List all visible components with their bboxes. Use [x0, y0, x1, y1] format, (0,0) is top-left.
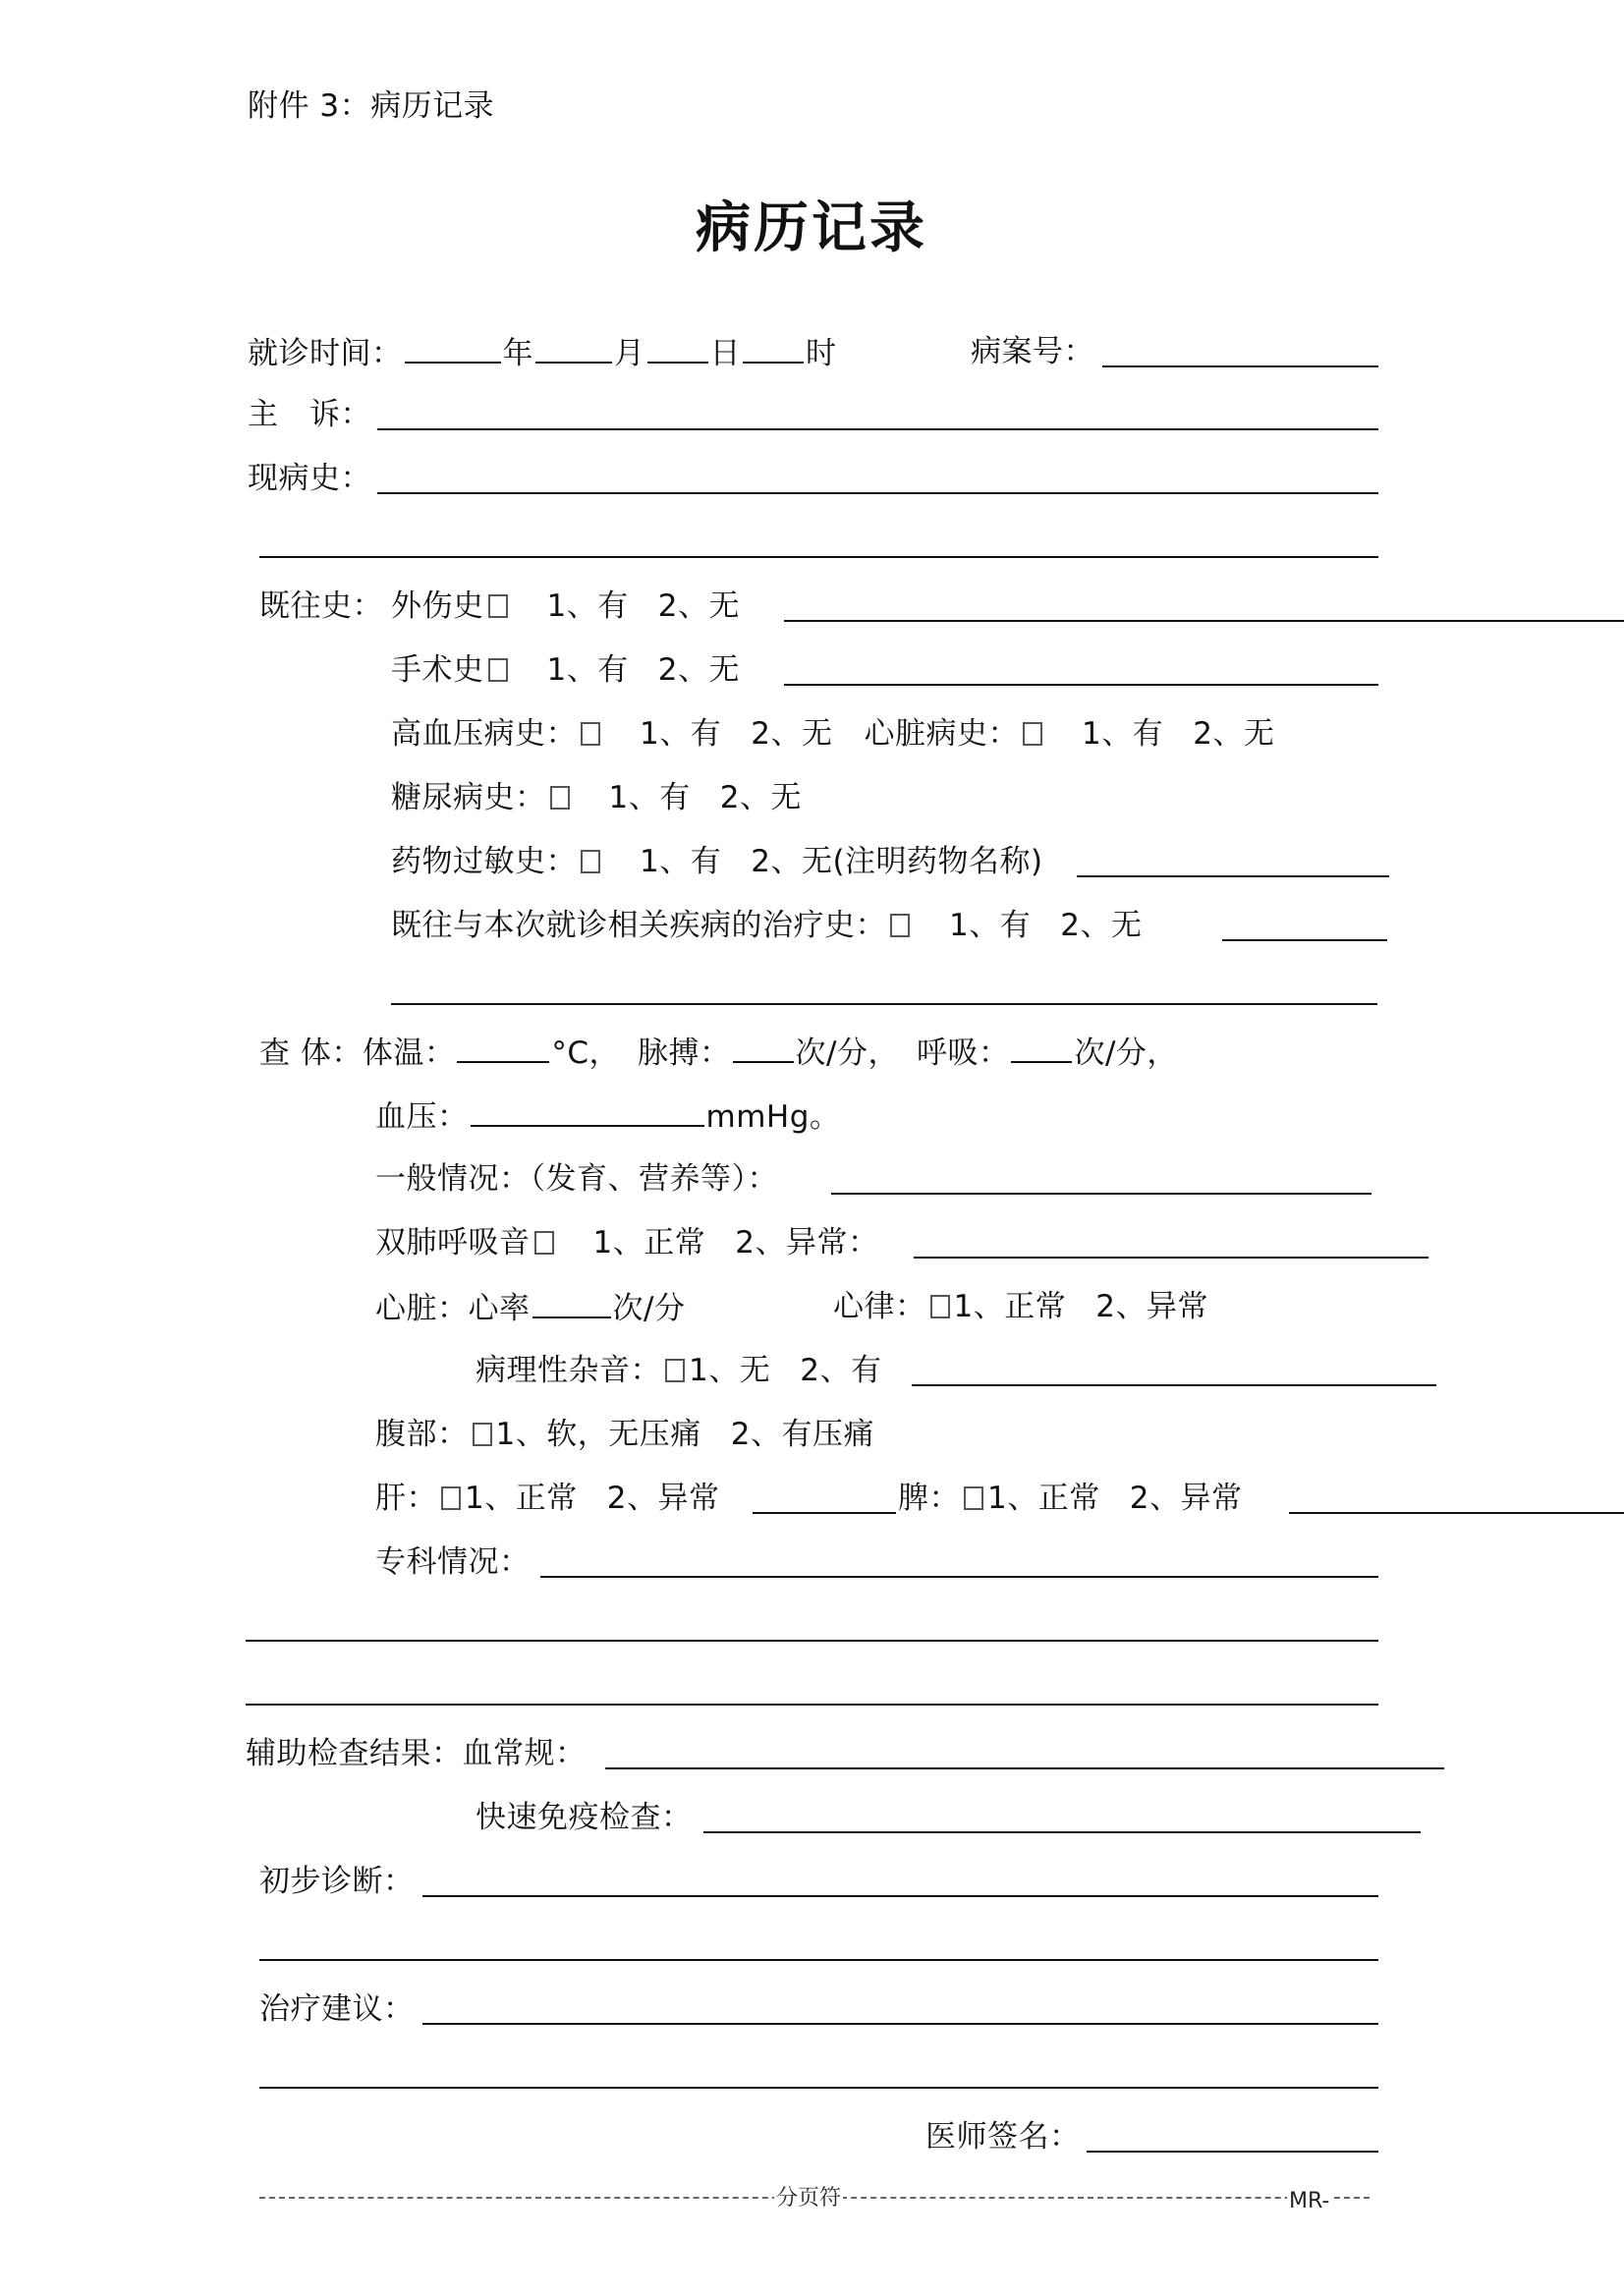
hypertension-label: 高血压病史： [391, 716, 577, 752]
pulse-field[interactable] [733, 1032, 794, 1063]
surgery-checkbox[interactable] [488, 658, 508, 682]
related-history-row: 既往与本次就诊相关疾病的治疗史：1、有2、无 [391, 906, 1142, 945]
signature-field[interactable] [1087, 2151, 1378, 2153]
chief-complaint-label: 主 诉： [248, 395, 371, 434]
spleen-label: 脾： [898, 1481, 960, 1516]
bp-label: 血压： [375, 1099, 469, 1135]
spleen-field[interactable] [1289, 1512, 1624, 1514]
trauma-label: 外伤史 [391, 588, 484, 624]
lungs-row: 双肺呼吸音1、正常2、异常： [375, 1223, 878, 1262]
hypertension-checkbox[interactable] [581, 722, 600, 746]
hypertension-heart-row: 高血压病史：1、有2、无心脏病史：1、有2、无 [391, 714, 1274, 754]
abdomen-row: 腹部：1、软，无压痛2、有压痛 [375, 1415, 874, 1454]
day-label: 日 [710, 336, 742, 371]
lungs-field[interactable] [914, 1257, 1428, 1259]
day-field[interactable] [647, 332, 708, 364]
aux-label: 辅助检查结果： [246, 1736, 463, 1771]
spleen-checkbox[interactable] [964, 1486, 983, 1510]
resp-label: 呼吸： [917, 1036, 1010, 1071]
heart-rate-field[interactable] [532, 1287, 611, 1318]
related-history-field[interactable] [1222, 939, 1387, 941]
record-no-field[interactable] [1102, 365, 1378, 367]
pulse-label: 脉搏： [638, 1036, 731, 1071]
option-yes: 1、有 [1082, 716, 1163, 752]
allergy-field[interactable] [1077, 875, 1389, 877]
blood-routine-field[interactable] [605, 1767, 1444, 1769]
option-yes: 1、有 [949, 908, 1031, 943]
treatment-field-2[interactable] [259, 2087, 1378, 2089]
general-label: 一般情况：（发育、营养等）： [375, 1159, 778, 1199]
heart-disease-label: 心脏病史： [864, 716, 1019, 752]
pulse-unit: 次/分， [796, 1036, 899, 1071]
hour-field[interactable] [743, 332, 804, 364]
year-field[interactable] [405, 332, 501, 364]
trauma-row: 外伤史1、有2、无 [391, 587, 740, 626]
option-no: 1、无 [689, 1353, 770, 1388]
temp-field[interactable] [457, 1032, 549, 1063]
option-yes: 2、有 [800, 1353, 881, 1388]
diabetes-row: 糖尿病史：1、有2、无 [391, 778, 802, 817]
treatment-field[interactable] [422, 2023, 1378, 2025]
diabetes-label: 糖尿病史： [391, 780, 546, 815]
record-no-label: 病案号： [971, 332, 1094, 371]
option-no: 2、无 [658, 588, 740, 624]
signature-label: 医师签名： [925, 2117, 1081, 2156]
related-history-checkbox[interactable] [890, 914, 910, 937]
option-abnormal: 2、异常： [735, 1225, 878, 1260]
option-no: 2、无 [1193, 716, 1274, 752]
heart-disease-checkbox[interactable] [1023, 722, 1042, 746]
specialty-field-3[interactable] [246, 1704, 1378, 1706]
heart-rate-unit: 次/分 [613, 1291, 686, 1326]
mr-mark: MR- [1287, 2189, 1331, 2213]
rapid-immune-field[interactable] [703, 1831, 1421, 1833]
related-history-label: 既往与本次就诊相关疾病的治疗史： [391, 908, 886, 943]
option-yes: 1、有 [547, 652, 629, 688]
surgery-label: 手术史 [391, 652, 484, 688]
lungs-label: 双肺呼吸音 [375, 1225, 531, 1260]
bp-field[interactable] [471, 1095, 704, 1127]
present-illness-label: 现病史： [248, 459, 371, 498]
allergy-checkbox[interactable] [581, 850, 600, 873]
visit-time-row: 就诊时间：年月日时 [248, 332, 837, 373]
present-illness-field[interactable] [377, 492, 1378, 494]
option-yes: 1、有 [640, 716, 721, 752]
specialty-field-2[interactable] [246, 1640, 1378, 1642]
abdomen-checkbox[interactable] [473, 1423, 492, 1446]
specialty-label: 专科情况： [375, 1542, 531, 1582]
option-soft: 1、软，无压痛 [496, 1417, 701, 1452]
murmur-label: 病理性杂音： [476, 1353, 661, 1388]
liver-row: 肝：1、正常2、异常 [375, 1479, 719, 1518]
option-normal: 1、正常 [593, 1225, 706, 1260]
past-history-label: 既往史： [259, 587, 383, 626]
general-field[interactable] [831, 1193, 1372, 1195]
trauma-checkbox[interactable] [488, 594, 508, 618]
temp-unit: °C， [551, 1036, 620, 1071]
diabetes-checkbox[interactable] [550, 786, 570, 810]
rhythm-checkbox[interactable] [930, 1295, 950, 1318]
allergy-note: 2、无(注明药物名称) [751, 844, 1042, 879]
blood-routine-label: 血常规： [463, 1736, 587, 1771]
option-no: 2、无 [658, 652, 740, 688]
option-no: 2、无 [751, 716, 832, 752]
page-break-label: 分页符 [774, 2181, 843, 2212]
resp-unit: 次/分， [1074, 1036, 1177, 1071]
murmur-checkbox[interactable] [665, 1359, 685, 1382]
option-abnormal: 2、异常 [607, 1481, 720, 1516]
liver-label: 肝： [375, 1481, 437, 1516]
diagnosis-label: 初步诊断： [259, 1862, 415, 1901]
option-yes: 1、有 [609, 780, 691, 815]
liver-field[interactable] [753, 1512, 896, 1514]
option-tender: 2、有压痛 [731, 1417, 874, 1452]
murmur-field[interactable] [912, 1384, 1436, 1386]
treatment-label: 治疗建议： [259, 1989, 415, 2029]
option-normal: 1、正常 [954, 1289, 1067, 1324]
murmur-row: 病理性杂音：1、无2、有 [476, 1351, 881, 1390]
page-title: 病历记录 [696, 195, 927, 263]
visit-time-label: 就诊时间： [248, 336, 403, 371]
month-field[interactable] [535, 332, 612, 364]
bp-unit: mmHg。 [706, 1099, 841, 1135]
spleen-row: 脾：1、正常2、异常 [898, 1479, 1242, 1518]
surgery-row: 手术史1、有2、无 [391, 650, 740, 690]
option-normal: 1、正常 [987, 1481, 1100, 1516]
resp-field[interactable] [1011, 1032, 1072, 1063]
rapid-immune-label: 快速免疫检查： [476, 1798, 693, 1837]
option-yes: 1、有 [640, 844, 721, 879]
allergy-label: 药物过敏史： [391, 844, 577, 879]
present-illness-field-2[interactable] [259, 556, 1378, 558]
bp-row: 血压：mmHg。 [375, 1095, 840, 1137]
hour-label: 时 [806, 336, 837, 371]
option-no: 2、无 [720, 780, 802, 815]
specialty-field[interactable] [540, 1576, 1378, 1578]
option-abnormal: 2、异常 [1130, 1481, 1243, 1516]
lungs-checkbox[interactable] [534, 1231, 554, 1255]
related-history-field-2[interactable] [391, 1003, 1377, 1005]
diagnosis-field-2[interactable] [259, 1959, 1378, 1961]
liver-checkbox[interactable] [441, 1486, 461, 1510]
option-normal: 1、正常 [465, 1481, 578, 1516]
month-label: 月 [614, 336, 645, 371]
temp-label: 体温： [363, 1036, 456, 1071]
rhythm-label: 心律： [833, 1289, 926, 1324]
attachment-label: 附件 3：病历记录 [248, 86, 494, 126]
exam-row-vitals: 查 体：体温：°C，脉搏：次/分，呼吸：次/分， [259, 1032, 1178, 1073]
allergy-row: 药物过敏史：1、有2、无(注明药物名称) [391, 842, 1043, 881]
option-yes: 1、有 [547, 588, 629, 624]
rhythm-row: 心律：1、正常2、异常 [833, 1287, 1208, 1326]
aux-row: 辅助检查结果：血常规： [246, 1734, 587, 1773]
heart-rate-label: 心脏：心率 [375, 1291, 531, 1326]
option-abnormal: 2、异常 [1095, 1289, 1208, 1324]
chief-complaint-field[interactable] [377, 428, 1378, 430]
trauma-field[interactable] [784, 620, 1624, 622]
diagnosis-field[interactable] [422, 1895, 1378, 1897]
abdomen-label: 腹部： [375, 1417, 469, 1452]
year-label: 年 [503, 336, 534, 371]
heart-rate-row: 心脏：心率次/分 [375, 1287, 685, 1328]
exam-label: 查 体： [259, 1036, 363, 1071]
surgery-field[interactable] [784, 684, 1378, 686]
option-no: 2、无 [1060, 908, 1142, 943]
